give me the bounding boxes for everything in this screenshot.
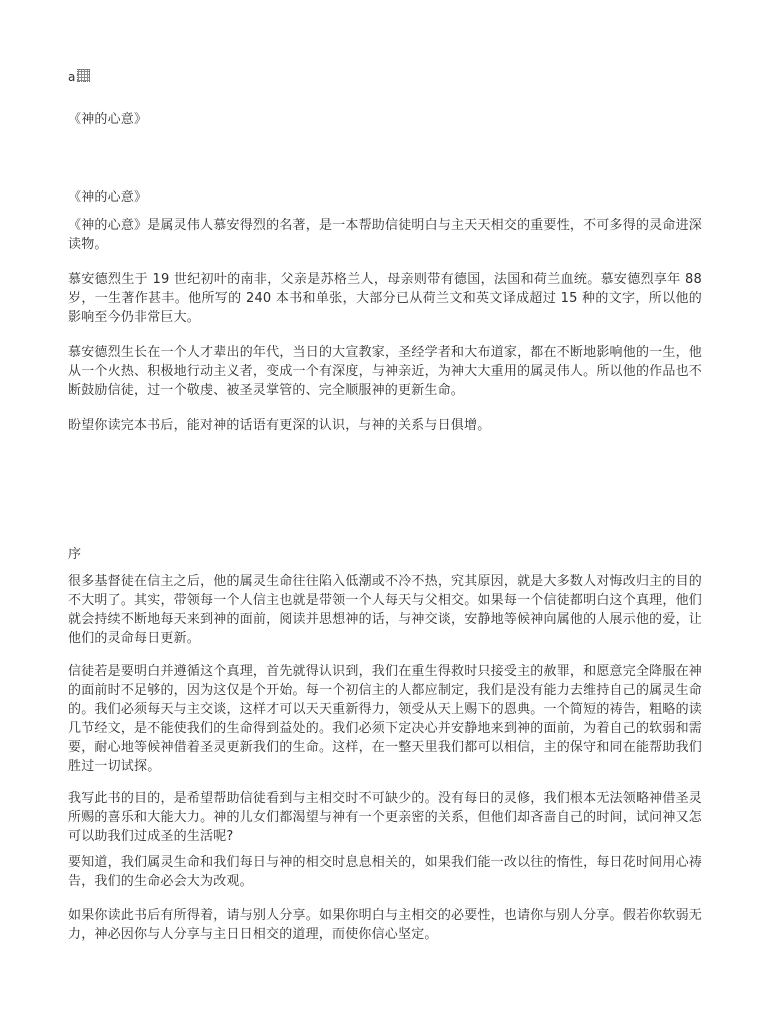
preface-paragraph: 信徒若是要明白并遵循这个真理，首先就得认识到，我们在重生得救时只接受主的赦罪，和… <box>68 662 702 776</box>
book-title: 《神的心意》 <box>68 110 702 129</box>
intro-paragraph: 《神的心意》是属灵伟人慕安得烈的名著，是一本帮助信徒明白与主天天相交的重要性，不… <box>68 216 702 254</box>
preface-paragraph: 如果你读此书后有所得着，请与别人分享。如果你明白与主相交的必要性，也请你与别人分… <box>68 906 702 944</box>
preface-paragraph: 我写此书的目的，是希望帮助信徒看到与主相交时不可缺少的。没有每日的灵修，我们根本… <box>68 789 702 846</box>
document-page: a 《神的心意》 《神的心意》 《神的心意》是属灵伟人慕安得烈的名著，是一本帮助… <box>0 0 768 1024</box>
header-mojibake-line: a <box>68 68 702 87</box>
preface-paragraph: 很多基督徒在信主之后，他的属灵生命往往陷入低潮或不冷不热，究其原因，就是大多数人… <box>68 572 702 648</box>
missing-glyph-tofu-icon <box>77 69 90 82</box>
preface-heading: 序 <box>68 545 702 564</box>
intro-paragraph: 慕安德烈生长在一个人才辈出的年代，当日的大宣教家，圣经学者和大布道家，都在不断地… <box>68 343 702 400</box>
preface-paragraph: 要知道，我们属灵生命和我们每日与神的相交时息息相关的，如果我们能一改以往的惰性，… <box>68 853 702 891</box>
intro-paragraph: 慕安德烈生于 19 世纪初叶的南非，父亲是苏格兰人，母亲则带有德国，法国和荷兰血… <box>68 270 702 327</box>
intro-paragraph: 盼望你读完本书后，能对神的话语有更深的认识，与神的关系与日俱增。 <box>68 416 702 435</box>
intro-section-title: 《神的心意》 <box>68 188 702 207</box>
header-glyph-text: a <box>68 70 76 84</box>
